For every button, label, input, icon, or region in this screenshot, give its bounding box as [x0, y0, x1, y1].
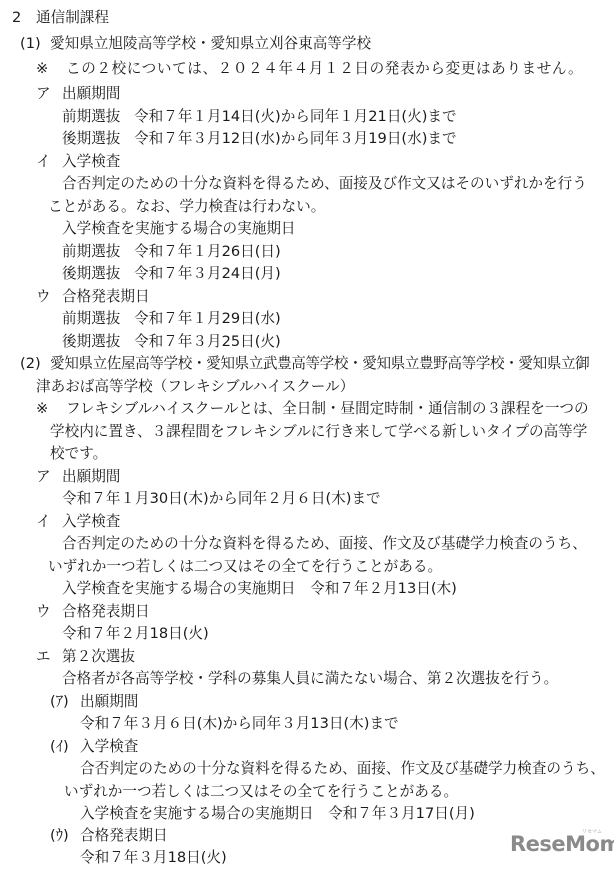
- section-number: 2: [12, 8, 21, 28]
- part2-u-value: 令和７年２月18日(火): [62, 624, 209, 644]
- part2-i-title: 入学検査: [62, 512, 120, 532]
- part1-a-row2-label: 後期選抜: [62, 129, 120, 149]
- part2-schools-line2: 津あおば高等学校（フレキシブルハイスクール）: [36, 377, 354, 397]
- part1-i-title: 入学検査: [62, 152, 120, 172]
- part2-note-line1: フレキシブルハイスクールとは、全日制・昼間定時制・通信制の３課程を一つの: [66, 399, 589, 419]
- section-title: 通信制課程: [36, 8, 109, 28]
- part1-note-mark: ※: [36, 59, 48, 79]
- part1-u-row1-label: 前期選抜: [62, 309, 120, 329]
- resemom-logo: ReseMom: [510, 832, 614, 856]
- part2-schools-line1: 愛知県立佐屋高等学校・愛知県立武豊高等学校・愛知県立豊野高等学校・愛知県立御: [50, 354, 589, 374]
- part2-note-line2: 学校内に置き、３課程間をフレキシブルに行き来して学べる新しいタイプの高等学: [50, 422, 587, 442]
- part1-a-row1-value: 令和７年１月14日(火)から同年１月21日(火)まで: [134, 107, 457, 127]
- part2-e-sub-i-title: 入学検査: [80, 737, 138, 757]
- part1-u-row1-value: 令和７年１月29日(水): [134, 309, 281, 329]
- part2-i-body-line1: 合否判定のための十分な資料を得るため、面接、作文及び基礎学力検査のうち、: [62, 534, 587, 554]
- part2-i-exam-date: 入学検査を実施する場合の実施期日 令和７年２月13日(木): [62, 579, 457, 599]
- part2-u-mark: ウ: [36, 602, 51, 622]
- part1-a-title: 出願期間: [62, 84, 120, 104]
- part1-note: この２校については、２０２４年４月１２日の発表から変更はありません。: [66, 59, 583, 79]
- part1-a-row2-value: 令和７年３月12日(水)から同年３月19日(水)まで: [134, 129, 457, 149]
- part2-e-sub-i-exam-date: 入学検査を実施する場合の実施期日 令和７年３月17日(月): [80, 804, 475, 824]
- part2-note-mark: ※: [36, 399, 48, 419]
- part1-schools: 愛知県立旭陵高等学校・愛知県立刈谷東高等学校: [50, 34, 371, 54]
- part1-u-row2-value: 令和７年３月25日(火): [134, 332, 281, 352]
- part1-number: (1): [20, 34, 41, 54]
- part1-a-mark: ア: [36, 84, 51, 104]
- part1-i-body-line2: ことがある。なお、学力検査は行わない。: [48, 197, 325, 217]
- part2-note-line3: 校です。: [50, 444, 107, 464]
- part1-i-mark: イ: [36, 152, 51, 172]
- part2-e-title: 第２次選抜: [62, 647, 135, 667]
- part2-e-sub-u-title: 合格発表期日: [80, 826, 168, 846]
- part2-e-body: 合格者が各高等学校・学科の募集人員に満たない場合、第２次選抜を行う。: [62, 669, 558, 689]
- part2-e-sub-i-mark: (ｲ): [50, 737, 69, 757]
- part1-i-subheading: 入学検査を実施する場合の実施期日: [62, 219, 296, 239]
- document-page: 2 通信制課程 (1) 愛知県立旭陵高等学校・愛知県立刈谷東高等学校 ※ この２…: [0, 0, 614, 870]
- part2-u-title: 合格発表期日: [62, 602, 150, 622]
- part1-u-title: 合格発表期日: [62, 287, 150, 307]
- part1-u-row2-label: 後期選抜: [62, 332, 120, 352]
- part1-i-row1-label: 前期選抜: [62, 242, 120, 262]
- part1-i-row1-value: 令和７年１月26日(日): [134, 242, 281, 262]
- part2-e-sub-a-mark: (ｱ): [50, 692, 69, 712]
- part2-i-mark: イ: [36, 512, 51, 532]
- part2-a-title: 出願期間: [62, 467, 120, 487]
- part2-e-sub-a-value: 令和７年３月６日(木)から同年３月13日(木)まで: [80, 714, 399, 734]
- part1-i-row2-value: 令和７年３月24日(月): [134, 264, 281, 284]
- part1-i-body-line1: 合否判定のための十分な資料を得るため、面接及び作文又はそのいずれかを行う: [62, 174, 587, 194]
- part2-a-value: 令和７年１月30日(木)から同年２月６日(木)まで: [62, 489, 381, 509]
- part2-e-sub-a-title: 出願期間: [80, 692, 138, 712]
- part2-number: (2): [20, 354, 41, 374]
- part1-u-mark: ウ: [36, 287, 51, 307]
- part2-e-sub-u-value: 令和７年３月18日(火): [80, 848, 227, 868]
- part2-i-body-line2: いずれか一つ若しくは二つ又はその全てを行うことがある。: [48, 557, 442, 577]
- part1-i-row2-label: 後期選抜: [62, 264, 120, 284]
- part2-e-sub-i-body-line1: 合否判定のための十分な資料を得るため、面接、作文及び基礎学力検査のうち、: [80, 759, 605, 779]
- part1-a-row1-label: 前期選抜: [62, 107, 120, 127]
- part2-e-mark: エ: [36, 647, 51, 667]
- part2-a-mark: ア: [36, 467, 51, 487]
- part2-e-sub-u-mark: (ｳ): [50, 826, 69, 846]
- part2-e-sub-i-body-line2: いずれか一つ若しくは二つ又はその全てを行うことがある。: [64, 782, 458, 802]
